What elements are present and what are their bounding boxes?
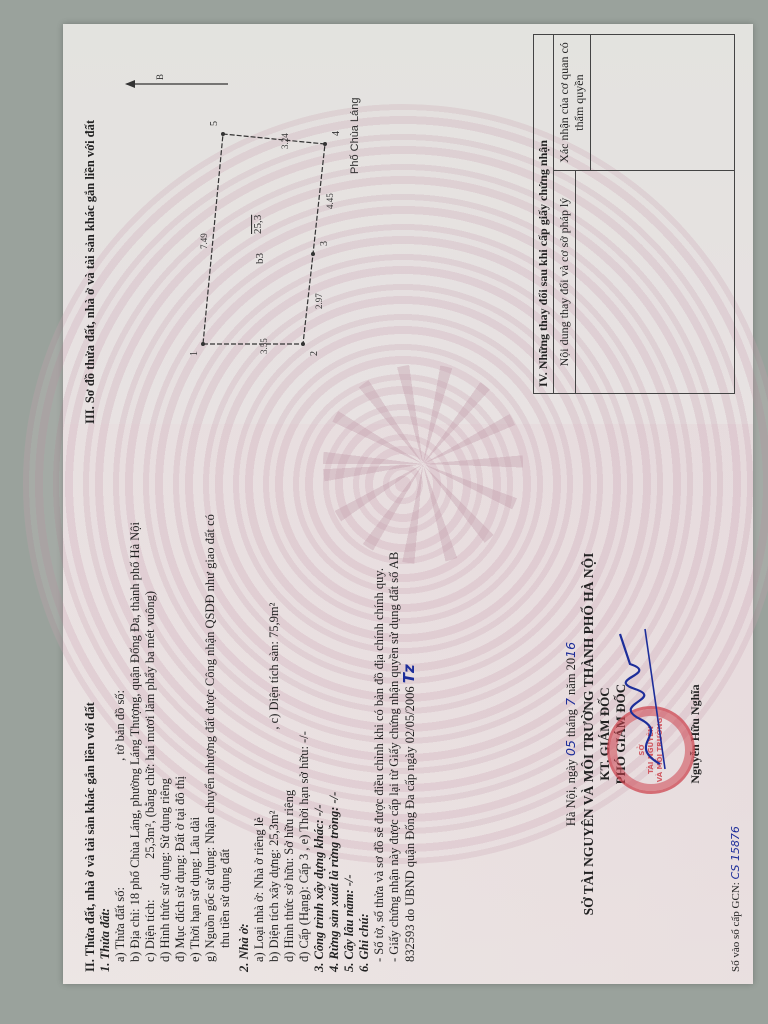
- note-2: - Giấy chứng nhận này được cấp lại từ Gi…: [387, 452, 402, 972]
- area-row: c) Diện tích: 25,3m², (bằng chữ: hai mươ…: [143, 452, 158, 972]
- changes-column: Nội dung thay đổi và cơ sở pháp lý: [554, 170, 734, 393]
- section-iv-title: IV. Những thay đổi sau khi cấp giấy chứn…: [533, 34, 553, 394]
- signature-block: Hà Nội, ngày 05 tháng 7 năm 2016 SỞ TÀI …: [563, 524, 743, 944]
- usage-form-row: d) Hình thức sử dụng: Sử dụng riêng: [158, 452, 173, 972]
- note-3: 832593 do UBND quận Đống Đa cấp ngày 02/…: [402, 452, 418, 972]
- svg-text:2: 2: [309, 351, 320, 356]
- handwritten-signature-icon: [615, 624, 675, 774]
- house-type-row: a) Loại nhà ở: Nhà ở riêng lẻ: [252, 452, 267, 972]
- handwritten-initials: Tz: [400, 664, 418, 683]
- built-area-row: b) Diện tích xây dựng: 25,3m² , c) Diện …: [267, 452, 282, 972]
- svg-text:1: 1: [189, 351, 200, 356]
- svg-text:3.24: 3.24: [280, 133, 290, 149]
- land-heading: 1. Thửa đất:: [98, 452, 113, 972]
- svg-text:3: 3: [319, 241, 330, 246]
- origin-row-cont: thu tiền sử dụng đất: [218, 452, 233, 972]
- svg-text:4.45: 4.45: [325, 193, 335, 209]
- column-header-changes: Nội dung thay đổi và cơ sở pháp lý: [554, 171, 576, 393]
- svg-text:Phố Chùa Láng: Phố Chùa Láng: [349, 98, 361, 174]
- svg-text:b3: b3: [254, 253, 266, 265]
- issue-date: Hà Nội, ngày 05 tháng 7 năm 2016: [563, 524, 579, 944]
- ownership-row: d) Hình thức sở hữu: Sở hữu riêng: [282, 452, 297, 972]
- house-heading: 2. Nhà ở:: [237, 452, 252, 972]
- svg-text:25,3: 25,3: [252, 214, 264, 234]
- production-forest: 4. Rừng sản xuất là rừng trồng: -/-: [327, 452, 342, 972]
- svg-text:7.49: 7.49: [199, 233, 209, 249]
- svg-text:5: 5: [209, 121, 220, 126]
- issuing-agency: SỞ TÀI NGUYÊN VÀ MÔI TRƯỜNG THÀNH PHỐ HÀ…: [581, 524, 597, 944]
- perennial-trees: 5. Cây lâu năm: -/-: [342, 452, 357, 972]
- other-works: 3. Công trình xây dựng khác: -/-: [312, 452, 327, 972]
- confirmation-column: Xác nhận của cơ quan có thẩm quyền: [554, 35, 734, 170]
- address-row: b) Địa chỉ: 18 phố Chùa Láng, phường Lán…: [128, 452, 143, 972]
- parcel-diagram: 123453.552.974.453.247.49b325,3Phố Chùa …: [143, 44, 443, 404]
- purpose-row: đ) Mục đích sử dụng: Đất ở tại đô thị: [173, 452, 188, 972]
- grade-row: đ) Cấp (Hạng): Cấp 3 , e) Thời hạn sở hữ…: [297, 452, 312, 972]
- section-ii-title: II. Thửa đất, nhà ở và tài sản khác gắn …: [83, 452, 98, 972]
- section-ii: II. Thửa đất, nhà ở và tài sản khác gắn …: [83, 452, 443, 972]
- term-row: e) Thời hạn sử dụng: Lâu dài: [188, 452, 203, 972]
- svg-text:3.55: 3.55: [259, 338, 269, 354]
- notes-heading: 6. Ghi chú:: [357, 452, 372, 972]
- parcel-number-row: a) Thửa đất số: , tờ bản đồ số:: [113, 452, 128, 972]
- section-iii: III. Sơ đồ thửa đất, nhà ở và tài sản kh…: [83, 44, 463, 424]
- svg-text:4: 4: [331, 131, 342, 136]
- section-iv: IV. Những thay đổi sau khi cấp giấy chứn…: [533, 34, 743, 394]
- column-header-confirmation: Xác nhận của cơ quan có thẩm quyền: [554, 35, 591, 170]
- origin-row: g) Nguồn gốc sử dụng: Nhận chuyển nhượng…: [203, 452, 218, 972]
- registry-number: Số vào sổ cấp GCN: CS 15876: [729, 826, 742, 972]
- svg-text:2.97: 2.97: [314, 293, 324, 309]
- note-1: - Số tờ, số thửa và sơ đồ sẽ được điều c…: [372, 452, 387, 972]
- certificate-page: II. Thửa đất, nhà ở và tài sản khác gắn …: [63, 24, 753, 984]
- section-iii-title: III. Sơ đồ thửa đất, nhà ở và tài sản kh…: [83, 44, 98, 424]
